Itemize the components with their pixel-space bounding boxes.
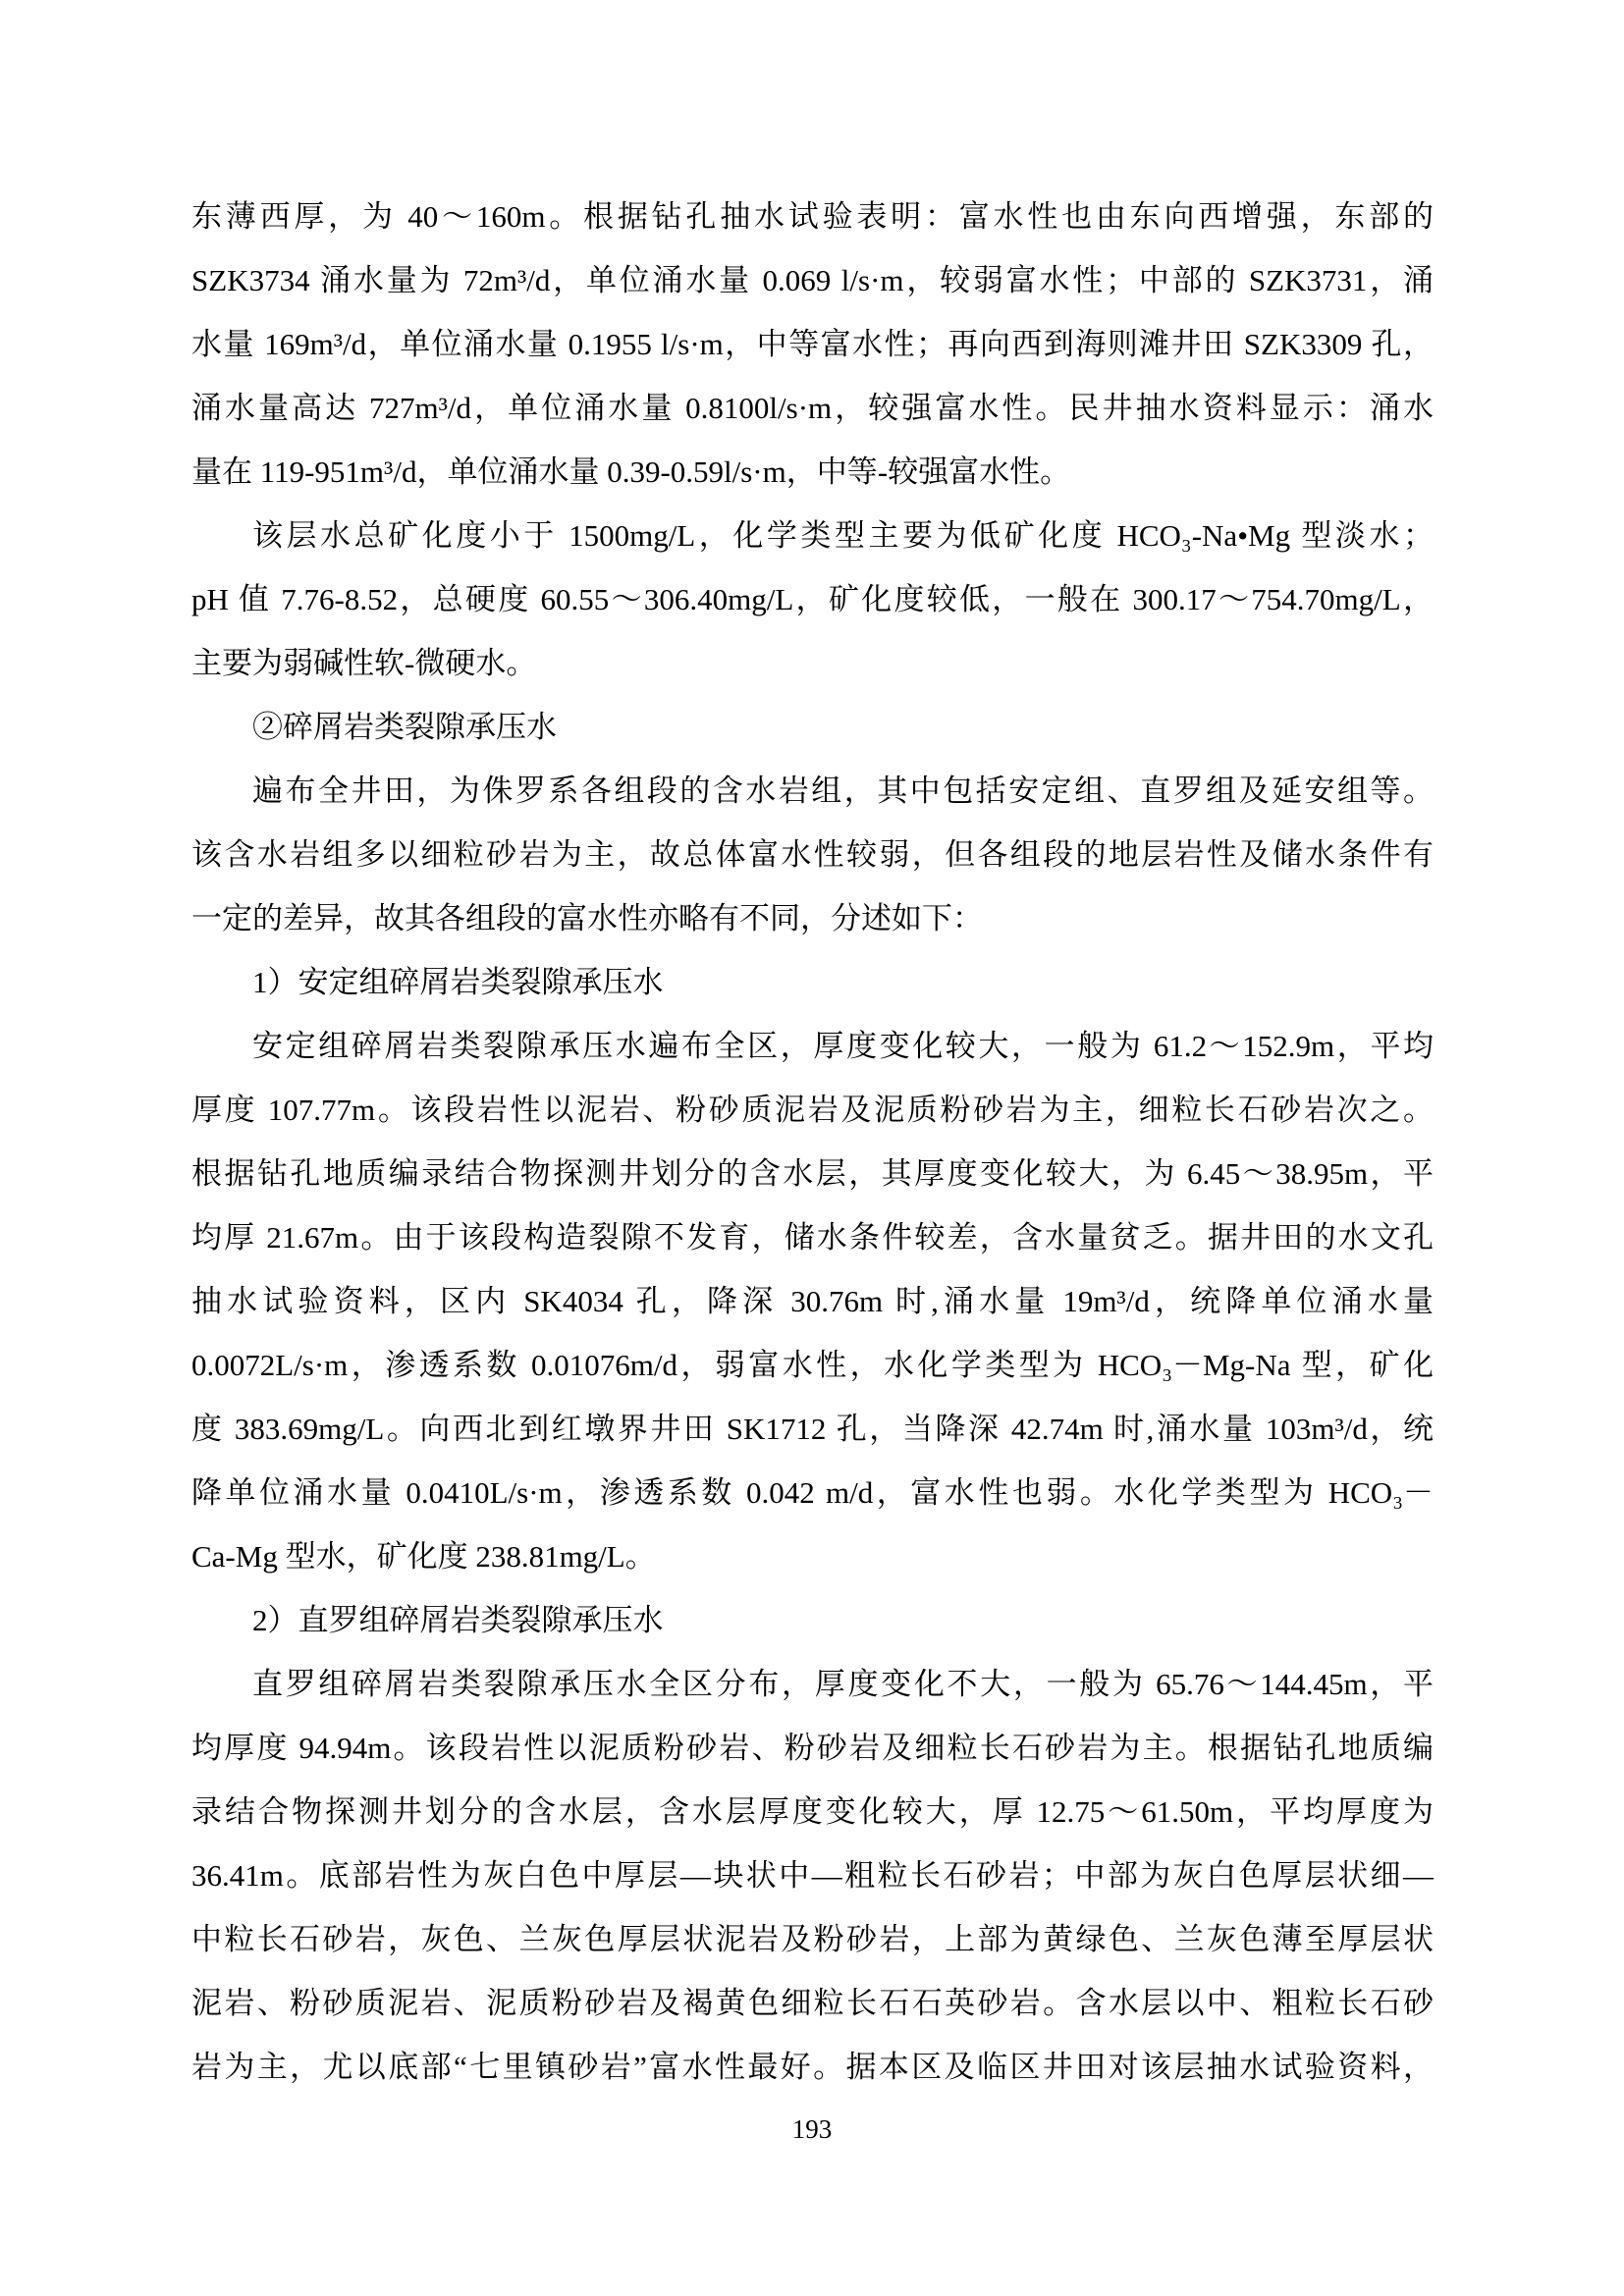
text-line: 度 383.69mg/L。向西北到红墩界井田 SK1712 孔，当降深 42.7… xyxy=(191,1397,1434,1461)
text-line: 遍布全井田，为侏罗系各组段的含水岩组，其中包括安定组、直罗组及延安组等。 xyxy=(191,759,1434,823)
text-line: 36.41m。底部岩性为灰白色中厚层—块状中—粗粒长石砂岩；中部为灰白色厚层状细… xyxy=(191,1843,1434,1907)
text-line: 泥岩、粉砂质泥岩、泥质粉砂岩及褐黄色细粒长石石英砂岩。含水层以中、粗粒长石砂 xyxy=(191,1971,1434,2035)
text-line: 中粒长石砂岩，灰色、兰灰色厚层状泥岩及粉砂岩，上部为黄绿色、兰灰色薄至厚层状 xyxy=(191,1907,1434,1971)
text-line: 主要为弱碱性软-微硬水。 xyxy=(191,631,1434,695)
text-line: 根据钻孔地质编录结合物探测井划分的含水层，其厚度变化较大，为 6.45～38.9… xyxy=(191,1142,1434,1205)
text-line: 直罗组碎屑岩类裂隙承压水全区分布，厚度变化不大，一般为 65.76～144.45… xyxy=(191,1652,1434,1716)
text-line: 岩为主，尤以底部“七里镇砂岩”富水性最好。据本区及临区井田对该层抽水试验资料， xyxy=(191,2035,1434,2099)
text-line: 一定的差异，故其各组段的富水性亦略有不同，分述如下： xyxy=(191,886,1434,950)
text-line: 1）安定组碎屑岩类裂隙承压水 xyxy=(191,950,1434,1014)
text-block: 东薄西厚，为 40～160m。根据钻孔抽水试验表明：富水性也由东向西增强，东部的… xyxy=(191,185,1434,2099)
text-line: SZK3734 涌水量为 72m³/d，单位涌水量 0.069 l/s·m，较弱… xyxy=(191,248,1434,312)
text-line: ②碎屑岩类裂隙承压水 xyxy=(191,695,1434,759)
text-line: 厚度 107.77m。该段岩性以泥岩、粉砂质泥岩及泥质粉砂岩为主，细粒长石砂岩次… xyxy=(191,1078,1434,1142)
text-line: pH 值 7.76-8.52，总硬度 60.55～306.40mg/L，矿化度较… xyxy=(191,567,1434,631)
text-line: 水量 169m³/d，单位涌水量 0.1955 l/s·m，中等富水性；再向西到… xyxy=(191,312,1434,376)
text-line: 均厚 21.67m。由于该段构造裂隙不发育，储水条件较差，含水量贫乏。据井田的水… xyxy=(191,1205,1434,1269)
text-line: 该含水岩组多以细粒砂岩为主，故总体富水性较弱，但各组段的地层岩性及储水条件有 xyxy=(191,823,1434,886)
text-line: Ca-Mg 型水，矿化度 238.81mg/L。 xyxy=(191,1524,1434,1588)
text-line: 录结合物探测井划分的含水层，含水层厚度变化较大，厚 12.75～61.50m，平… xyxy=(191,1780,1434,1843)
text-line: 2）直罗组碎屑岩类裂隙承压水 xyxy=(191,1588,1434,1652)
text-line: 抽水试验资料，区内 SK4034 孔，降深 30.76m 时,涌水量 19m³/… xyxy=(191,1269,1434,1333)
text-line: 安定组碎屑岩类裂隙承压水遍布全区，厚度变化较大，一般为 61.2～152.9m，… xyxy=(191,1014,1434,1078)
document-page: 东薄西厚，为 40～160m。根据钻孔抽水试验表明：富水性也由东向西增强，东部的… xyxy=(0,0,1624,2296)
text-line: 东薄西厚，为 40～160m。根据钻孔抽水试验表明：富水性也由东向西增强，东部的 xyxy=(191,185,1434,248)
text-line: 涌水量高达 727m³/d，单位涌水量 0.8100l/s·m，较强富水性。民井… xyxy=(191,376,1434,440)
page-number: 193 xyxy=(0,2110,1624,2148)
text-line: 降单位涌水量 0.0410L/s·m，渗透系数 0.042 m/d，富水性也弱。… xyxy=(191,1461,1434,1524)
text-line: 量在 119-951m³/d，单位涌水量 0.39-0.59l/s·m，中等-较… xyxy=(191,440,1434,504)
text-line: 均厚度 94.94m。该段岩性以泥质粉砂岩、粉砂岩及细粒长石砂岩为主。根据钻孔地… xyxy=(191,1716,1434,1780)
text-line: 该层水总矿化度小于 1500mg/L，化学类型主要为低矿化度 HCO₃-Na•M… xyxy=(191,504,1434,567)
text-line: 0.0072L/s·m，渗透系数 0.01076m/d，弱富水性，水化学类型为 … xyxy=(191,1333,1434,1397)
